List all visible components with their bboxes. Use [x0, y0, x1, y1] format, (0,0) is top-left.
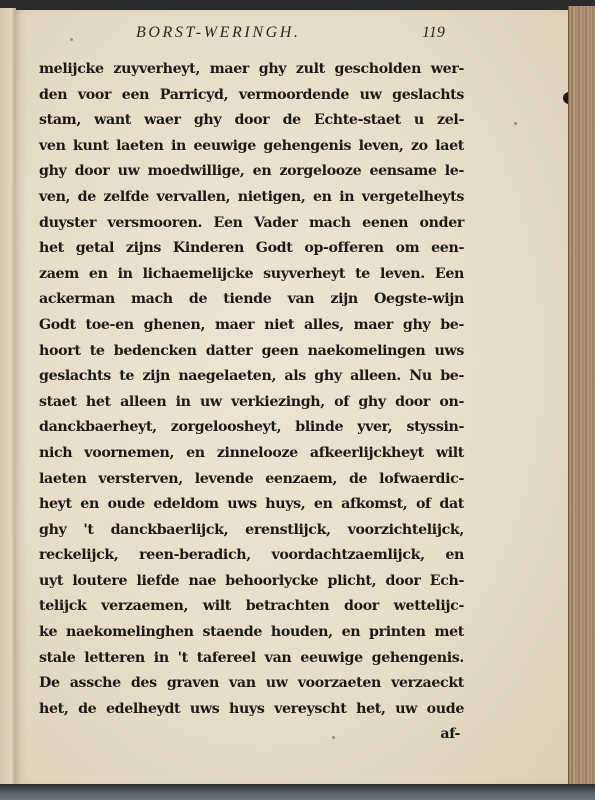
text-line: staet het alleen in uw verkiezingh, of g…: [39, 390, 464, 416]
book-scan-scene: ​ BORST-WERINGH. 119 melijcke zuyverheyt…: [0, 0, 595, 800]
text-line: geslachts te zijn naegelaeten, als ghy a…: [39, 364, 464, 390]
text-line: duyster versmooren. Een Vader mach eenen…: [39, 211, 464, 237]
text-line: ghy door uw moedwillige, en zorgelooze e…: [39, 159, 464, 185]
text-line: telijck verzaemen, wilt betrachten door …: [39, 594, 464, 620]
text-line: zaem en in lichaemelijcke suyverheyt te …: [39, 262, 464, 288]
text-line: stale letteren in 't tafereel van eeuwig…: [39, 646, 464, 672]
text-line: ven kunt laeten in eeuwige gehengenis le…: [39, 134, 464, 160]
page-number: 119: [422, 24, 445, 42]
paper-speck: [332, 736, 335, 739]
text-line: hoort te bedencken datter geen naekomeli…: [39, 339, 464, 365]
page-header: BORST-WERINGH. 119: [136, 24, 496, 46]
book-fore-edge: [568, 6, 595, 786]
text-line: ven, de zelfde vervallen, nietigen, en i…: [39, 185, 464, 211]
text-line: laeten versterven, levende eenzaem, de l…: [39, 467, 464, 493]
text-line: uyt loutere liefde nae behoorlycke plich…: [39, 569, 464, 595]
text-line: nich voornemen, en zinnelooze afkeerlijc…: [39, 441, 464, 467]
text-line: het, de edelheydt uws huys vereyscht het…: [39, 697, 464, 723]
text-line: ackerman mach de tiende van zijn Oegste-…: [39, 287, 464, 313]
text-line: ke naekomelinghen staende houden, en pri…: [39, 620, 464, 646]
paper-speck: [514, 122, 517, 125]
text-line: het getal zijns Kinderen Godt op-offeren…: [39, 236, 464, 262]
body-text: melijcke zuyverheyt, maer ghy zult gesch…: [39, 57, 464, 748]
scanner-bottom-edge: [0, 784, 595, 800]
text-line: reckelijck, reen-beradich, voordachtzaem…: [39, 543, 464, 569]
text-line: Godt toe-en ghenen, maer niet alles, mae…: [39, 313, 464, 339]
text-line: den voor een Parricyd, vermoordende uw g…: [39, 83, 464, 109]
book-page: BORST-WERINGH. 119 melijcke zuyverheyt, …: [14, 10, 570, 786]
text-line: ghy 't danckbaerlijck, erenstlijck, voor…: [39, 518, 464, 544]
text-line: stam, want waer ghy door de Echte-staet …: [39, 108, 464, 134]
catchword: af-: [39, 722, 464, 748]
scanner-top-edge: [0, 0, 595, 10]
text-line: danckbaerheyt, zorgeloosheyt, blinde yve…: [39, 415, 464, 441]
text-line: heyt en oude edeldom uws huys, en afkoms…: [39, 492, 464, 518]
text-line: melijcke zuyverheyt, maer ghy zult gesch…: [39, 57, 464, 83]
running-title: BORST-WERINGH.: [136, 24, 301, 42]
text-line: De assche des graven van uw voorzaeten v…: [39, 671, 464, 697]
paper-speck: [70, 38, 73, 41]
